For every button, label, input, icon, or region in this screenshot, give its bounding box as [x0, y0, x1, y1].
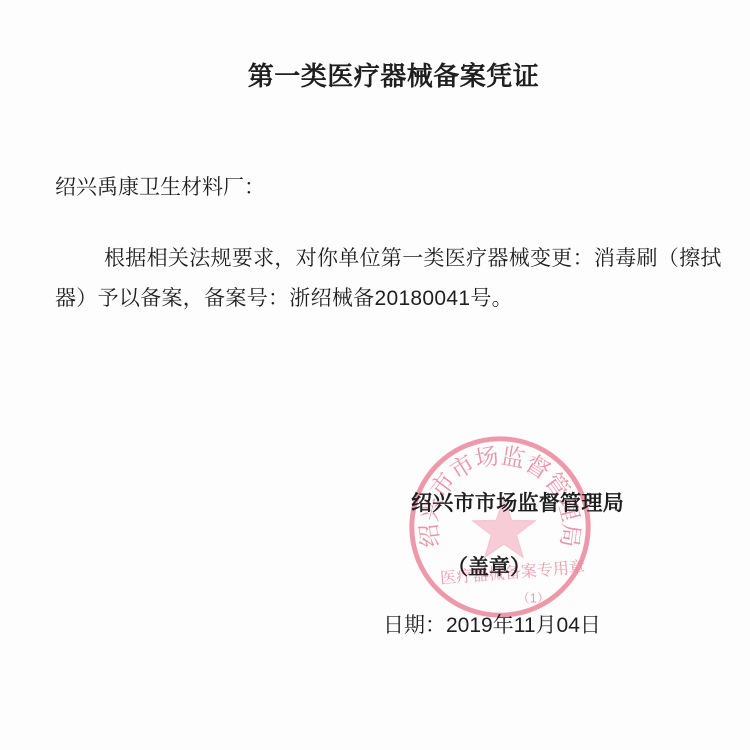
recipient-line: 绍兴禹康卫生材料厂： [55, 176, 265, 200]
issuing-authority-name: 绍兴市市场监督管理局 [411, 492, 624, 516]
official-seal-stamp: 绍兴市市场监督管理局 医疗器械备案专用章 （1） [402, 429, 598, 625]
body-line: 器）予以备案，备案号：浙绍械备20180041号。 [55, 287, 513, 311]
document-title: 第一类医疗器械备案凭证 [0, 62, 750, 92]
certificate-page: 第一类医疗器械备案凭证 绍兴禹康卫生材料厂： 根据相关法规要求，对你单位第一类医… [0, 0, 750, 750]
stamp-number: （1） [517, 590, 550, 605]
body-line: 根据相关法规要求，对你单位第一类医疗器械变更：消毒刷（擦拭 [55, 247, 722, 271]
seal-note: （盖章） [447, 556, 531, 580]
date-line: 日期：2019年11月04日 [383, 614, 601, 638]
